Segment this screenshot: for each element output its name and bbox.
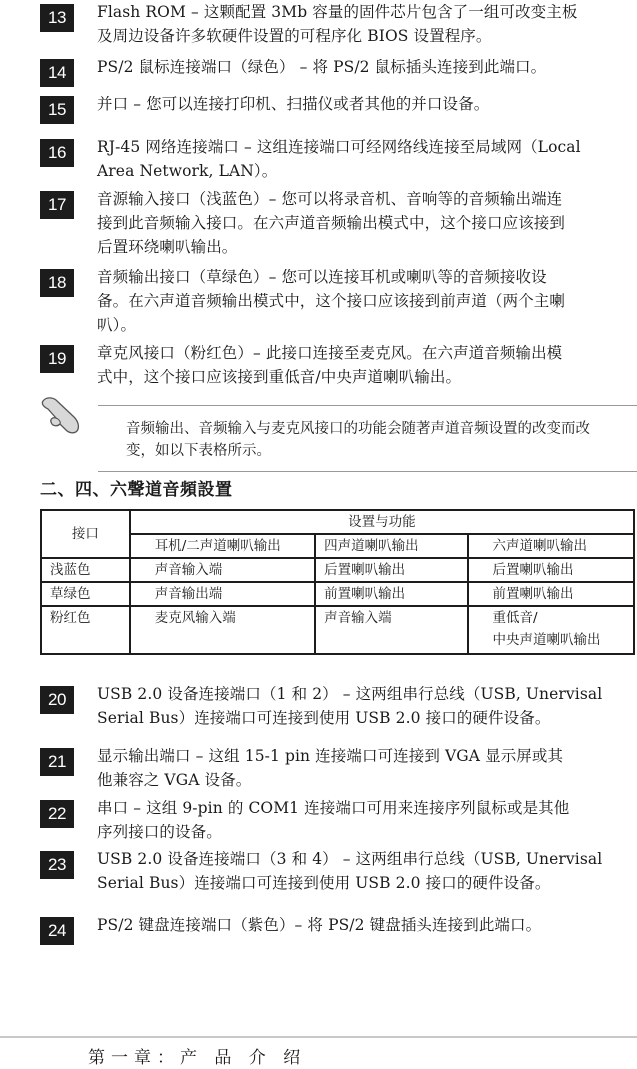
port-column-header: 接口 <box>41 510 130 558</box>
table-cell: 麦克风输入端 <box>130 606 315 654</box>
item-description: RJ-45 网络连接端口 – 这组连接端口可经网络线连接至局域网（Local A… <box>97 135 633 183</box>
item-number-badge: 24 <box>40 917 74 945</box>
table-cell: 声音输入端 <box>130 558 315 582</box>
item-number-badge: 23 <box>40 851 74 879</box>
table-cell: 声音输出端 <box>130 582 315 606</box>
pointing-hand-icon <box>40 395 84 435</box>
column-header: 六声道喇叭输出 <box>468 534 635 558</box>
list-item-16: 16 RJ-45 网络连接端口 – 这组连接端口可经网络线连接至局域网（Loca… <box>40 135 633 183</box>
group-column-header: 设置与功能 <box>130 510 634 534</box>
item-description: 音源输入接口（浅蓝色）– 您可以将录音机、音响等的音频输出端连 接到此音频输入接… <box>97 187 633 259</box>
table-row: 浅蓝色 声音输入端 后置喇叭输出 后置喇叭输出 <box>41 558 634 582</box>
item-number-badge: 18 <box>40 269 74 297</box>
item-description: 章克风接口（粉红色）– 此接口连接至麦克风。在六声道音频输出模 式中，这个接口应… <box>97 341 633 389</box>
item-description: 并口 – 您可以连接打印机、扫描仪或者其他的并口设备。 <box>97 92 633 116</box>
table-cell: 后置喇叭输出 <box>315 558 467 582</box>
section-title: 二、四、六聲道音頻設置 <box>40 475 233 500</box>
item-description: PS/2 键盘连接端口（紫色）– 将 PS/2 键盘插头连接到此端口。 <box>97 913 633 937</box>
item-number-badge: 16 <box>40 139 74 167</box>
item-description: USB 2.0 设备连接端口（1 和 2） – 这两组串行总线（USB, Une… <box>97 682 633 730</box>
table-cell: 重低音/ 中央声道喇叭输出 <box>468 606 635 654</box>
table-header-row: 接口 设置与功能 <box>41 510 634 534</box>
chapter-footer: 第一章：产 品 介 绍 <box>88 1043 306 1068</box>
item-number-badge: 13 <box>40 4 74 32</box>
item-number-badge: 21 <box>40 748 74 776</box>
list-item-20: 20 USB 2.0 设备连接端口（1 和 2） – 这两组串行总线（USB, … <box>40 682 633 730</box>
item-description: USB 2.0 设备连接端口（3 和 4） – 这两组串行总线（USB, Une… <box>97 847 633 895</box>
table-subheader-row: 耳机/二声道喇叭输出 四声道喇叭输出 六声道喇叭输出 <box>41 534 634 558</box>
port-cell: 草绿色 <box>41 582 130 606</box>
column-header: 四声道喇叭输出 <box>315 534 467 558</box>
audio-channel-table: 接口 设置与功能 耳机/二声道喇叭输出 四声道喇叭输出 六声道喇叭输出 浅蓝色 … <box>40 509 635 655</box>
list-item-19: 19 章克风接口（粉红色）– 此接口连接至麦克风。在六声道音频输出模 式中，这个… <box>40 341 633 389</box>
list-item-23: 23 USB 2.0 设备连接端口（3 和 4） – 这两组串行总线（USB, … <box>40 847 633 895</box>
item-number-badge: 14 <box>40 59 74 87</box>
item-number-badge: 15 <box>40 96 74 124</box>
list-item-24: 24 PS/2 键盘连接端口（紫色）– 将 PS/2 键盘插头连接到此端口。 <box>40 913 633 937</box>
list-item-14: 14 PS/2 鼠标连接端口（绿色） – 将 PS/2 鼠标插头连接到此端口。 <box>40 55 633 79</box>
footer-divider <box>0 1036 637 1038</box>
note-callout: 音频输出、音频输入与麦克风接口的功能会随著声道音频设置的改变而改 变，如以下表格… <box>40 395 637 479</box>
list-item-18: 18 音频输出接口（草绿色）– 您可以连接耳机或喇叭等的音频接收设 备。在六声道… <box>40 265 633 337</box>
port-cell: 粉红色 <box>41 606 130 654</box>
item-number-badge: 20 <box>40 686 74 714</box>
table-cell: 后置喇叭输出 <box>468 558 635 582</box>
list-item-22: 22 串口 – 这组 9-pin 的 COM1 连接端口可用来连接序列鼠标或是其… <box>40 796 633 844</box>
item-number-badge: 22 <box>40 800 74 828</box>
note-box: 音频输出、音频输入与麦克风接口的功能会随著声道音频设置的改变而改 变，如以下表格… <box>98 405 637 472</box>
item-description: Flash ROM – 这颗配置 3Mb 容量的固件芯片包含了一组可改变主板 及… <box>97 0 633 48</box>
list-item-17: 17 音源输入接口（浅蓝色）– 您可以将录音机、音响等的音频输出端连 接到此音频… <box>40 187 633 259</box>
item-description: PS/2 鼠标连接端口（绿色） – 将 PS/2 鼠标插头连接到此端口。 <box>97 55 633 79</box>
item-description: 显示输出端口 – 这组 15-1 pin 连接端口可连接到 VGA 显示屏或其 … <box>97 744 633 792</box>
table-cell: 前置喇叭输出 <box>468 582 635 606</box>
list-item-21: 21 显示输出端口 – 这组 15-1 pin 连接端口可连接到 VGA 显示屏… <box>40 744 633 792</box>
table-row: 粉红色 麦克风输入端 声音输入端 重低音/ 中央声道喇叭输出 <box>41 606 634 654</box>
note-text: 音频输出、音频输入与麦克风接口的功能会随著声道音频设置的改变而改 变，如以下表格… <box>126 418 633 462</box>
list-item-15: 15 并口 – 您可以连接打印机、扫描仪或者其他的并口设备。 <box>40 92 633 116</box>
column-header: 耳机/二声道喇叭输出 <box>130 534 315 558</box>
list-item-13: 13 Flash ROM – 这颗配置 3Mb 容量的固件芯片包含了一组可改变主… <box>40 0 633 48</box>
port-cell: 浅蓝色 <box>41 558 130 582</box>
table-cell: 声音输入端 <box>315 606 467 654</box>
item-number-badge: 19 <box>40 345 74 373</box>
item-description: 音频输出接口（草绿色）– 您可以连接耳机或喇叭等的音频接收设 备。在六声道音频输… <box>97 265 633 337</box>
table-cell: 前置喇叭输出 <box>315 582 467 606</box>
table-row: 草绿色 声音输出端 前置喇叭输出 前置喇叭输出 <box>41 582 634 606</box>
item-description: 串口 – 这组 9-pin 的 COM1 连接端口可用来连接序列鼠标或是其他 序… <box>97 796 633 844</box>
item-number-badge: 17 <box>40 191 74 219</box>
